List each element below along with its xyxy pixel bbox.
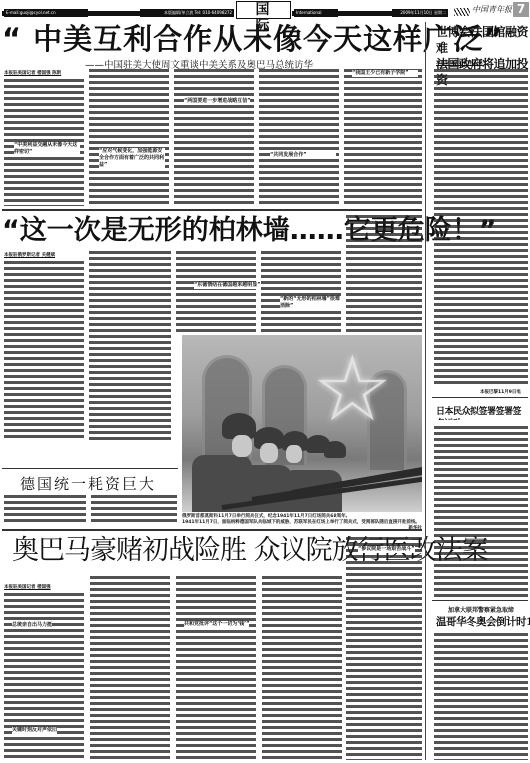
sidebar-mid-headline: 日本民众拟签署签署签名运动: [436, 406, 528, 420]
subhead-main-3: “两国要进一步增进战略互信”: [184, 98, 250, 105]
article-body-main-col4: [259, 68, 339, 206]
subhead-main-4: “我国王少已有新子学院”: [352, 70, 418, 77]
article-body-berlin-col2: [89, 250, 171, 440]
subhead-obama-3: 共和党批评“这个一切为‘钱’”: [184, 621, 249, 628]
red-star-icon: ☆: [312, 345, 393, 435]
sidebar-top-signoff: 本报巴黎11月9日电: [480, 389, 521, 395]
article-body-berlin-col5: [346, 214, 422, 332]
article-body-main-col3: [174, 68, 254, 206]
page-number: 7: [513, 2, 529, 17]
sidebar-top-byline: 本报驻法国记者 林卫光: [436, 60, 483, 66]
subhead-main-2: “应对气候变化，加强能源安全合作方面有着广泛的共同利益”: [99, 148, 165, 169]
article-body-berlin-col4: [261, 250, 341, 332]
article-body-berlin-col1: [4, 260, 84, 440]
subhead-berlin-2: “新的“无形的柏林墙”很难消除”: [280, 296, 342, 310]
headline-germany: 德国统一耗资巨大: [20, 473, 156, 494]
headline-main: “ 中美互利合作从未像今天这样广泛”: [2, 22, 422, 56]
article-body-main-col2: [89, 68, 169, 206]
byline-berlin: 本报驻俄罗斯记者 关健斌: [4, 252, 55, 258]
photo-face: [260, 443, 278, 463]
article-body-germany-col2: [91, 494, 177, 524]
parade-photo: ☆: [182, 335, 422, 512]
article-body-main-col5: [344, 68, 422, 206]
sidebar-bottom-body: [434, 632, 528, 760]
subhead-obama-1: 总统亲自出马力挺: [12, 622, 52, 629]
photo-caption-line2: 1941年11月7日，面临纳粹德国军队兵临城下的威胁，苏联军民在红场上举行了阅兵…: [182, 520, 422, 526]
divider-bottom: [2, 529, 422, 531]
sidebar-rule: [425, 22, 426, 760]
sidebar-divider-1: [432, 397, 528, 398]
article-body-germany-col1: [4, 494, 86, 524]
sidebar-top-headline-line1: 世博会法国馆融资难: [436, 24, 528, 56]
logo-stripes-icon: [454, 8, 470, 16]
divider-germany: [2, 468, 178, 469]
photo-helmet: [324, 441, 346, 458]
subhead-obama-4: “参议院是一场艰苦战斗”: [358, 546, 415, 553]
sidebar-divider-2: [432, 600, 528, 601]
masthead: E-mail:guoji@cyol.net.cn 本版编辑/单立波 Tel: 0…: [0, 0, 530, 19]
subhead-main-1: “中美利益交融从未像今天这样密切”: [14, 142, 80, 156]
subhead-obama-2: 关键时刻反对声依旧: [12, 727, 57, 734]
byline-main: 本报驻美国记者 楼国强 陈斯: [4, 70, 61, 76]
article-body-obama-col3: [176, 575, 256, 760]
paper-logo: 中国青年报: [472, 4, 512, 15]
photo-face: [286, 445, 302, 463]
article-body-obama-col5: [346, 536, 422, 760]
divider-main: [2, 209, 422, 211]
sidebar-bottom-headline: 温哥华冬奥会倒计时100天: [436, 614, 530, 629]
masthead-email: E-mail:guoji@cyol.net.cn: [4, 9, 88, 17]
byline-obama: 本报驻美国记者 楼国强: [4, 584, 51, 590]
article-body-obama-col2: [90, 575, 170, 760]
sidebar-mid-body: [434, 425, 528, 597]
article-body-obama-col1: [4, 592, 84, 760]
article-body-obama-col4: [262, 575, 342, 760]
photo-face: [232, 435, 252, 457]
sidebar-top-body: [434, 68, 528, 384]
sidebar-bottom-kicker: 加拿大联邦警察紧急取缔: [448, 605, 514, 614]
masthead-editor: 本版编辑/单立波 Tel: 010-64098272: [140, 9, 234, 17]
headline-berlin: “这一次是无形的柏林墙……它更危险！”: [2, 214, 292, 248]
masthead-section-en: International: [294, 9, 338, 17]
section-title: 国际: [236, 1, 291, 19]
masthead-date: 2009年11月10日 星期二: [392, 9, 448, 17]
subhead-main-5: “共同发展合作”: [270, 152, 336, 159]
subhead-berlin-1: “东德情结在德国越来越明显”: [194, 282, 261, 289]
article-body-berlin-col3: [176, 250, 256, 332]
